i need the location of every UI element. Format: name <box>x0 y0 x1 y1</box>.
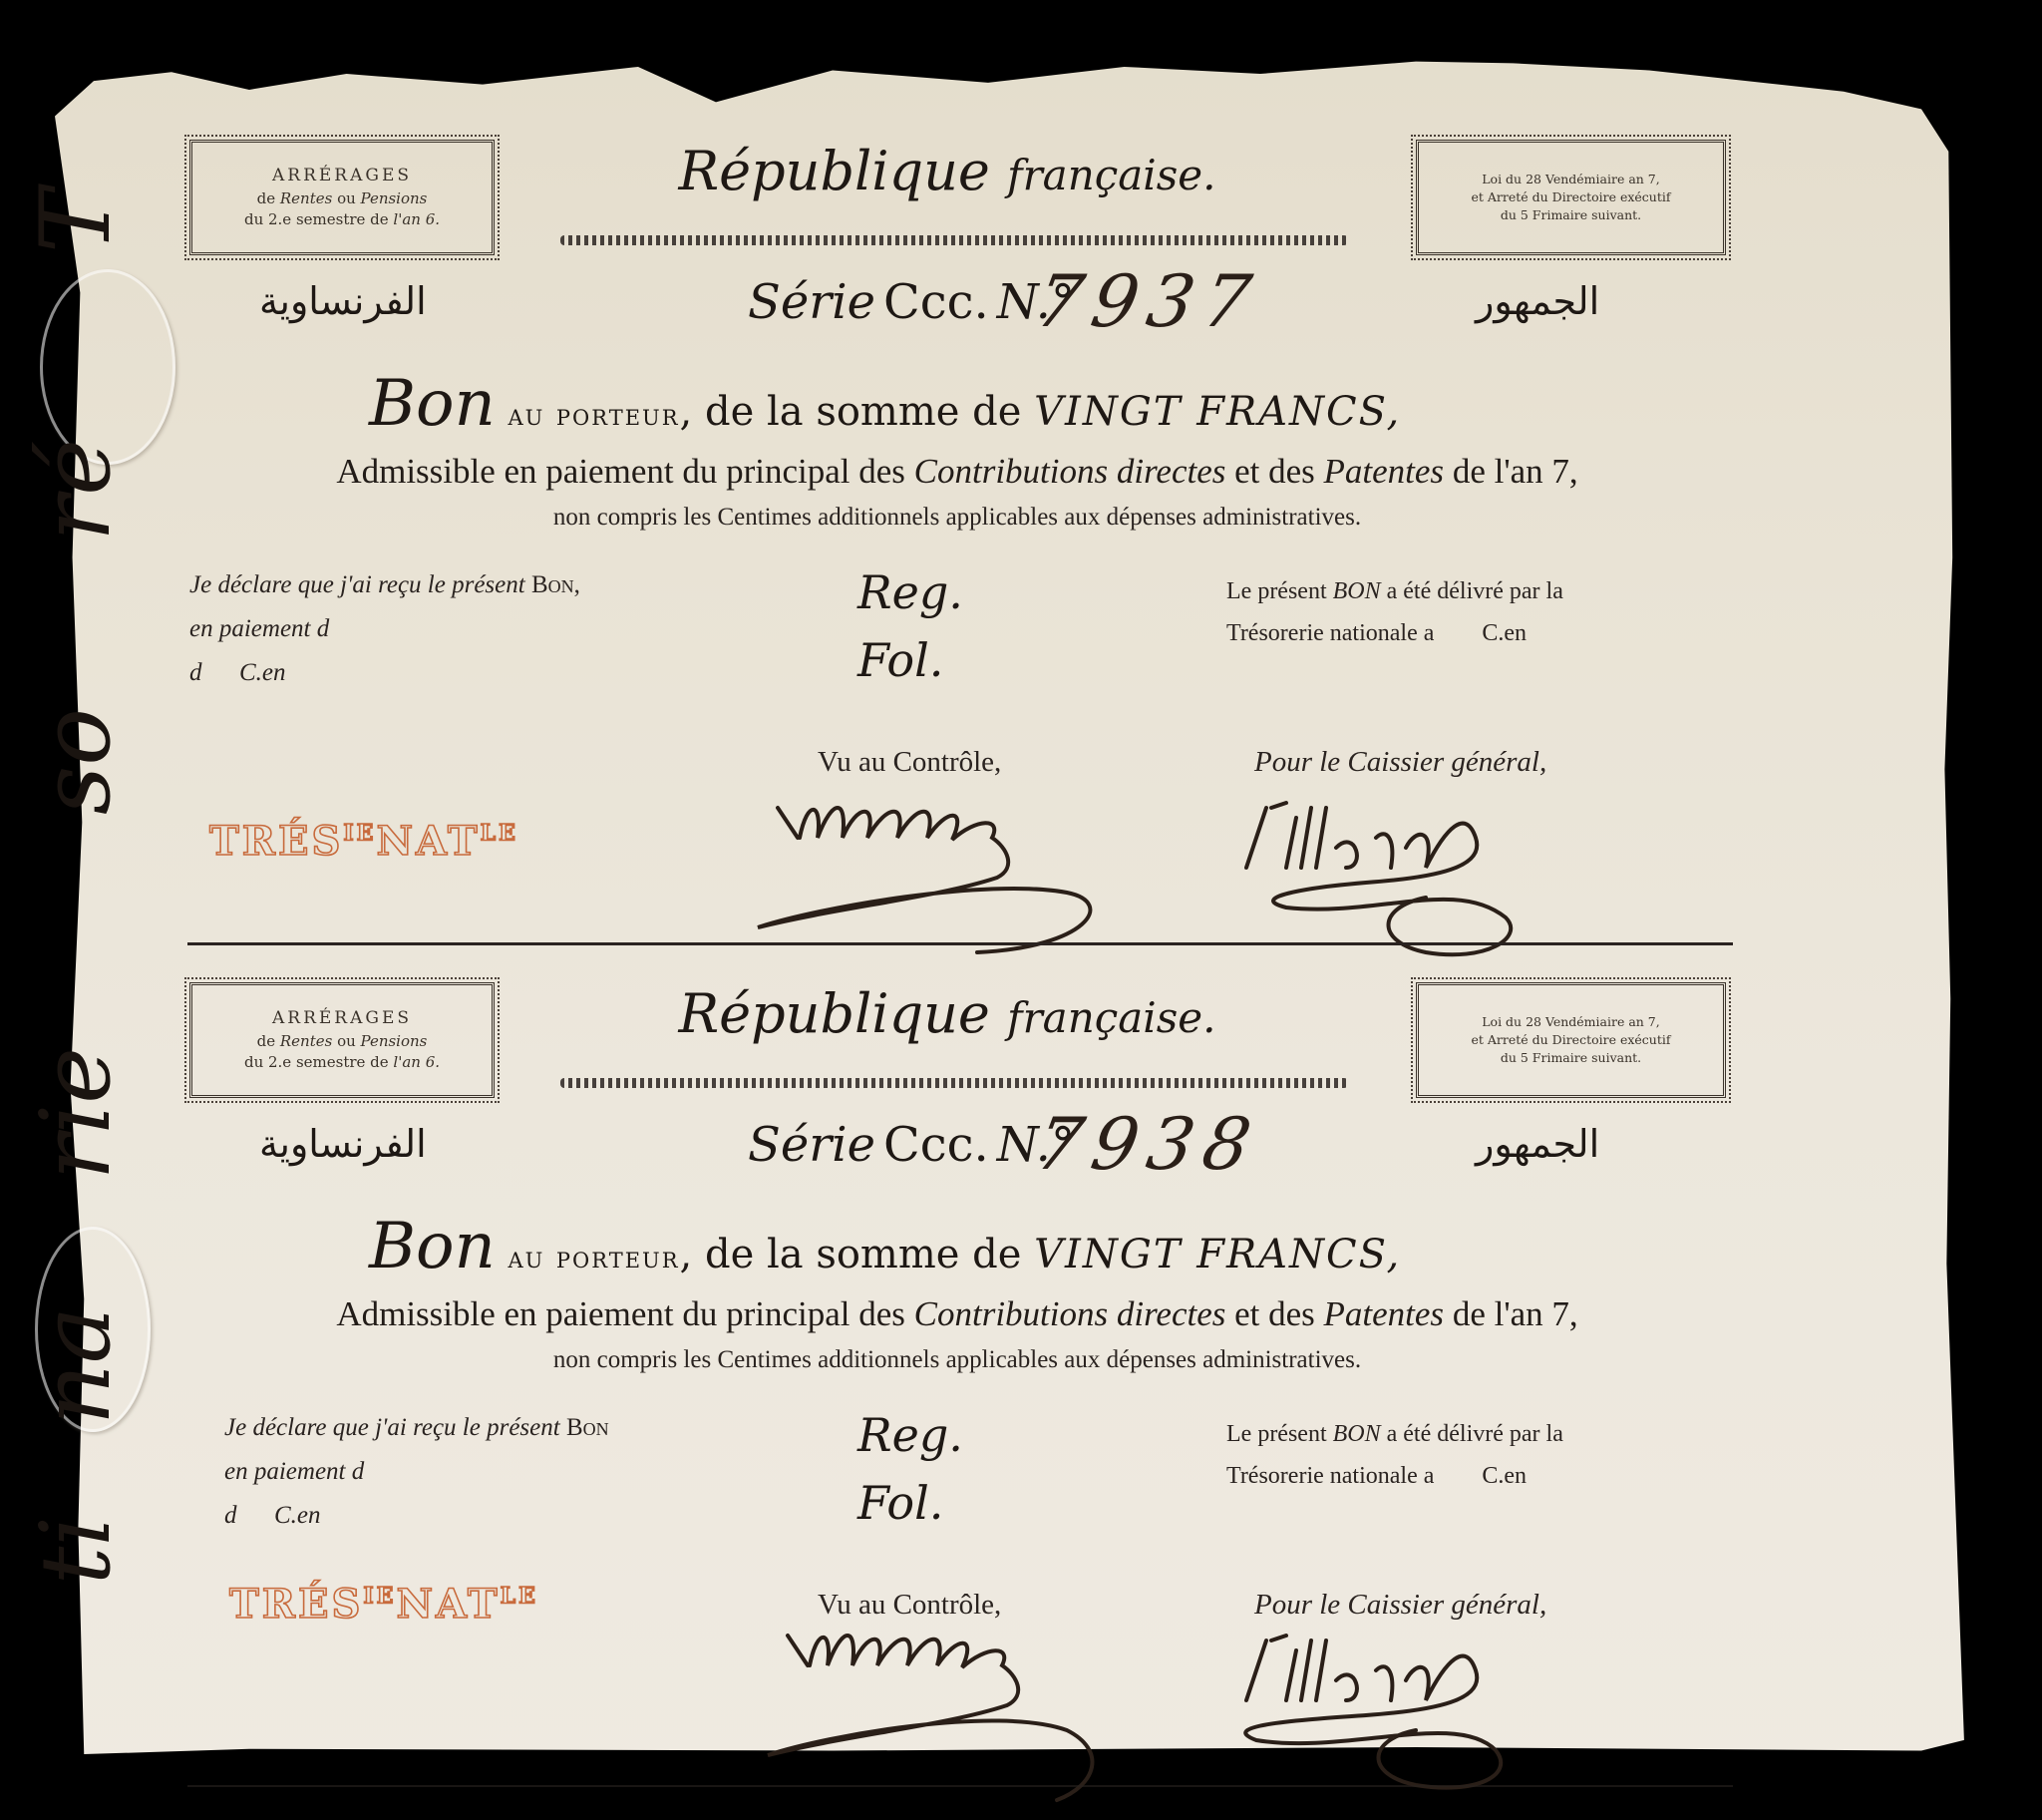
vu-au-controle-label: Vu au Contrôle, <box>818 746 1001 779</box>
edge-fragment: rie <box>28 1047 124 1180</box>
delivery-block: Le présent BON a été délivré par la Trés… <box>1226 570 1563 654</box>
cartouche-line: du 2.e semestre de l'an 6. <box>244 1052 440 1074</box>
delivery-block: Le présent BON a été délivré par la Trés… <box>1226 1413 1563 1497</box>
cartouche-line: ARRÉRAGES <box>272 1006 412 1031</box>
serie-label: SérieCcc.N.° <box>748 274 1075 330</box>
cartouche-line: du 5 Frimaire suivant. <box>1501 1049 1641 1067</box>
arabic-text-left: الفرنساوية <box>259 1122 427 1166</box>
register-block: Reg. Fol. <box>857 558 963 694</box>
title-main: République <box>678 982 989 1045</box>
signature-labrume <box>738 778 1177 957</box>
cartouche-arrerages: ARRÉRAGES de Rentes ou Pensions du 2.e s… <box>189 140 495 255</box>
edge-fragment: T <box>28 189 124 253</box>
cartouche-arrerages: ARRÉRAGES de Rentes ou Pensions du 2.e s… <box>189 982 495 1098</box>
cartouche-line: de Rentes ou Pensions <box>257 188 428 210</box>
tresorerie-nationale-stamp: TRÉSIENATLE <box>229 1581 538 1628</box>
arabic-text-right: الجمهور <box>1476 279 1599 323</box>
document-title: République française. <box>558 140 1336 202</box>
cartouche-line: de Rentes ou Pensions <box>257 1031 428 1053</box>
left-edge-vertical-text: T ré so rie na ti <box>20 189 130 1665</box>
bottom-rule <box>187 1785 1733 1787</box>
signature-pillard <box>1226 768 1625 967</box>
cartouche-line: Loi du 28 Vendémiaire an 7, <box>1482 171 1659 188</box>
serie-label: SérieCcc.N.° <box>748 1117 1075 1173</box>
admissible-line: Admissible en paiement du principal des … <box>179 452 1735 492</box>
cartouche-line: du 2.e semestre de l'an 6. <box>244 209 440 231</box>
register-block: Reg. Fol. <box>857 1401 963 1537</box>
tresorerie-nationale-stamp: TRÉSIENATLE <box>209 818 518 865</box>
cartouche-line: ARRÉRAGES <box>272 164 412 188</box>
non-compris-line: non compris les Centimes additionnels ap… <box>179 504 1735 532</box>
cartouche-line: et Arreté du Directoire exécutif <box>1471 188 1670 206</box>
ornamental-rule <box>560 235 1348 245</box>
signature-pillard <box>1196 1601 1615 1800</box>
cartouche-loi: Loi du 28 Vendémiaire an 7, et Arreté du… <box>1416 140 1726 255</box>
declaration-block: Je déclare que j'ai reçu le présent Bon … <box>224 1406 609 1538</box>
declaration-block: Je déclare que j'ai reçu le présent Bon,… <box>189 563 580 695</box>
serial-number-handwritten: 7937 <box>1030 259 1267 343</box>
bon-au-porteur-line: Bon au porteur, de la somme de VINGT FRA… <box>369 1210 1401 1283</box>
ornamental-rule <box>560 1078 1348 1088</box>
edge-fragment: ré <box>28 439 124 542</box>
bon-au-porteur-line: Bon au porteur, de la somme de VINGT FRA… <box>369 367 1401 441</box>
title-sub: française. <box>1007 993 1215 1042</box>
cartouche-line: Loi du 28 Vendémiaire an 7, <box>1482 1013 1659 1031</box>
title-sub: française. <box>1007 151 1215 199</box>
admissible-line: Admissible en paiement du principal des … <box>179 1294 1735 1334</box>
edge-fragment: ti <box>28 1516 124 1585</box>
arabic-text-right: الجمهور <box>1476 1122 1599 1166</box>
serial-number-handwritten: 7938 <box>1030 1102 1267 1186</box>
cartouche-line: et Arreté du Directoire exécutif <box>1471 1031 1670 1049</box>
edge-fragment: na <box>28 1306 124 1425</box>
coupon-divider-line <box>187 942 1733 945</box>
document-title: République française. <box>558 982 1336 1045</box>
title-main: République <box>678 140 989 202</box>
cartouche-line: du 5 Frimaire suivant. <box>1501 206 1641 224</box>
edge-fragment: so <box>28 708 124 815</box>
arabic-text-left: الفرنساوية <box>259 279 427 323</box>
cartouche-loi: Loi du 28 Vendémiaire an 7, et Arreté du… <box>1416 982 1726 1098</box>
non-compris-line: non compris les Centimes additionnels ap… <box>179 1346 1735 1374</box>
signature-labrume <box>748 1606 1187 1805</box>
